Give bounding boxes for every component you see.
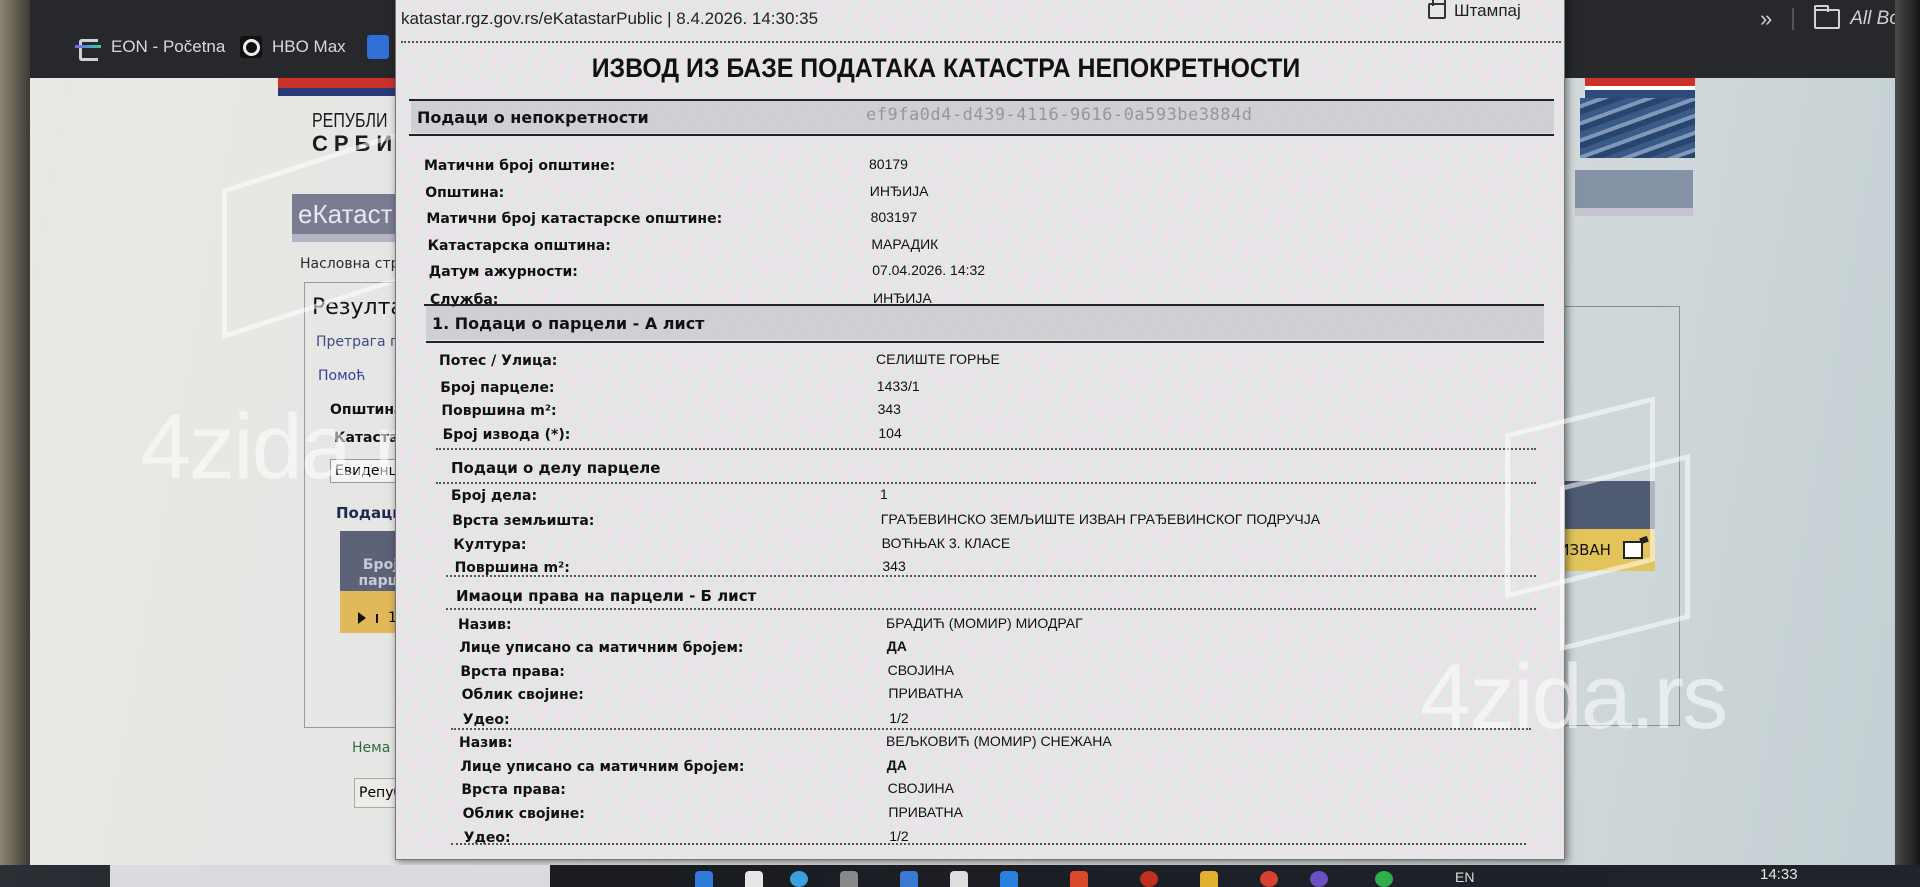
print-button[interactable]: Штампај <box>1428 1 1521 21</box>
field-value: ПРИВАТНА <box>888 685 963 701</box>
field-value: 1/2 <box>889 828 908 844</box>
field-label: Култура: <box>453 537 526 553</box>
bookmark-label: HBO Max <box>272 37 346 57</box>
taskbar-edge-icon[interactable] <box>790 871 808 887</box>
table-row[interactable]: 1433 <box>340 591 400 633</box>
bookmark-hbo-max[interactable]: HBO Max <box>240 34 346 60</box>
field-label: Матични број општине: <box>424 158 615 174</box>
taskbar-chrome-icon[interactable] <box>1260 871 1278 887</box>
nav-home-link[interactable]: Насловна стр <box>300 256 400 272</box>
document-id: ef9fa0d4-d439-4116-9616-0a593be3884d <box>866 105 1252 125</box>
field-label: Број парцеле: <box>440 380 554 396</box>
banner-bar-right <box>1575 170 1693 208</box>
field-value: 80179 <box>869 156 908 172</box>
taskbar-clock[interactable]: 14:33 <box>1760 866 1798 883</box>
field-label: Датум ажурности: <box>429 264 578 280</box>
field-label: Врста земљишта: <box>452 513 594 529</box>
bookmark-label: EON - Početna <box>111 37 225 57</box>
extract-document-icon[interactable] <box>1623 541 1643 559</box>
screen: EON - Početna HBO Max » All Bo РЕПУБЛИ С… <box>0 0 1920 887</box>
bookmarks-overflow-button[interactable]: » <box>1760 6 1772 32</box>
field-value: ИНЂИЈА <box>870 183 929 199</box>
banner-bar <box>292 234 400 242</box>
table-header-parcel: Број парц <box>340 531 400 591</box>
field-value: СЕЛИШТЕ ГОРЊЕ <box>876 351 1000 367</box>
field-label: Лице уписано са матичним бројем: <box>460 759 744 775</box>
field-value: ВОЋЊАК 3. КЛАСЕ <box>882 535 1011 551</box>
taskbar: EN 14:33 <box>0 865 1920 887</box>
field-label: Облик својине: <box>463 806 585 822</box>
parcel-section-heading: 1. Подаци о парцели - А лист <box>426 306 1544 340</box>
taskbar-cat-icon[interactable] <box>950 871 968 887</box>
logo-line-1: РЕПУБЛИ <box>312 111 396 132</box>
taskbar-left-area <box>110 865 550 887</box>
all-bookmarks-button[interactable]: All Bo <box>1814 8 1900 30</box>
taskbar-app-icon[interactable] <box>900 871 918 887</box>
field-label: Потес / Улица: <box>439 353 557 369</box>
cadastral-extract-popup: katastar.rgz.gov.rs/eKatastarPublic | 8.… <box>395 0 1565 860</box>
field-value: ГРАЂЕВИНСКО ЗЕМЉИШТЕ ИЗВАН ГРАЂЕВИНСКОГ … <box>881 511 1320 527</box>
field-label: Лице уписано са матичним бројем: <box>459 640 743 656</box>
monitor-bezel-left <box>0 0 30 887</box>
divider <box>436 482 1536 484</box>
flag-stripe-red <box>278 78 398 88</box>
field-value: СВОЈИНА <box>888 780 954 796</box>
hbo-icon <box>240 36 262 58</box>
field-label: Површина m²: <box>455 560 570 576</box>
field-value: 07.04.2026. 14:32 <box>872 262 985 278</box>
field-label: Удео: <box>463 712 510 728</box>
page-title: ИЗВОД ИЗ БАЗЕ ПОДАТАКА КАТАСТРА НЕПОКРЕТ… <box>440 53 1452 84</box>
field-label: Назив: <box>458 617 512 633</box>
bookmarks-right: » All Bo <box>1760 4 1900 34</box>
expand-arrow-icon[interactable] <box>358 612 366 624</box>
owners-heading: Имаоци права на парцели - Б лист <box>456 587 756 605</box>
monitor-bezel-right <box>1895 0 1920 887</box>
field-value: МАРАДИК <box>871 236 938 252</box>
field-label: Број дела: <box>451 488 537 504</box>
taskbar-viber-icon[interactable] <box>1310 871 1328 887</box>
field-label: Назив: <box>459 735 513 751</box>
field-value: 1/2 <box>889 710 908 726</box>
flag-stripe-blue <box>278 88 398 96</box>
taskbar-document-icon[interactable] <box>745 871 763 887</box>
divider <box>436 448 1536 450</box>
field-value: 104 <box>878 425 901 441</box>
status-square-icon <box>376 614 378 623</box>
divider <box>451 728 1531 730</box>
footer-text: Републички <box>354 778 400 808</box>
header-photo <box>1580 98 1695 158</box>
field-label: Облик својине: <box>462 687 584 703</box>
field-label: Број извода (*): <box>443 427 571 443</box>
field-value: 803197 <box>871 209 918 225</box>
divider <box>1792 8 1794 30</box>
divider <box>401 41 1561 43</box>
divider <box>451 843 1526 845</box>
folder-icon <box>1814 9 1840 29</box>
parcel-part-heading: Подаци о делу парцеле <box>451 459 660 477</box>
taskbar-app-icon[interactable] <box>1000 871 1018 887</box>
field-value: ВЕЉКОВИЋ (МОМИР) СНЕЖАНА <box>886 733 1112 749</box>
eon-icon <box>75 37 101 57</box>
field-label: Општина: <box>425 185 504 201</box>
field-value: СВОЈИНА <box>888 662 954 678</box>
all-bookmarks-label: All Bo <box>1850 8 1900 30</box>
print-label: Штампај <box>1454 1 1521 21</box>
divider <box>446 575 1536 577</box>
field-value: ДА <box>887 757 907 773</box>
banner-bar-right-2 <box>1575 208 1693 216</box>
taskbar-whatsapp-icon[interactable] <box>1375 871 1393 887</box>
divider <box>409 134 1554 136</box>
field-label: Врста права: <box>461 782 565 798</box>
taskbar-huawei-icon[interactable] <box>1070 871 1088 887</box>
field-label: Површина m²: <box>441 403 556 419</box>
divider <box>446 608 1536 610</box>
taskbar-app-icon[interactable] <box>840 871 858 887</box>
field-value: БРАДИЋ (МОМИР) МИОДРАГ <box>886 615 1083 631</box>
section-heading-text: 1. Подаци о парцели - А лист <box>432 314 704 333</box>
page-url: katastar.rgz.gov.rs/eKatastarPublic | 8.… <box>401 9 818 29</box>
ekatastar-banner: eКатаст <box>292 194 400 234</box>
calendar-icon <box>367 35 389 59</box>
field-label: Врста права: <box>460 664 564 680</box>
taskbar-app-icon[interactable] <box>695 871 713 887</box>
section-heading-text: Подаци о непокретности <box>417 108 649 127</box>
divider <box>426 341 1544 343</box>
field-value: ДА <box>887 638 907 654</box>
taskbar-folder-icon[interactable] <box>1200 871 1218 887</box>
field-value: ПРИВАТНА <box>888 804 963 820</box>
evidence-button[interactable]: Евиденција <box>330 459 400 483</box>
printer-icon <box>1428 3 1446 19</box>
taskbar-app-icon[interactable] <box>1140 871 1158 887</box>
field-label: Катастарска општина: <box>428 238 611 254</box>
language-indicator[interactable]: EN <box>1455 869 1474 885</box>
field-value: 343 <box>878 401 901 417</box>
field-value: 343 <box>882 558 905 574</box>
field-value: 1433/1 <box>877 378 920 394</box>
bookmark-eon[interactable]: EON - Početna <box>75 34 225 60</box>
field-label: Матични број катастарске општине: <box>426 211 722 227</box>
field-value: 1 <box>880 486 888 502</box>
bookmark-calendar[interactable] <box>367 34 389 60</box>
help-link[interactable]: Помоћ <box>318 368 365 384</box>
